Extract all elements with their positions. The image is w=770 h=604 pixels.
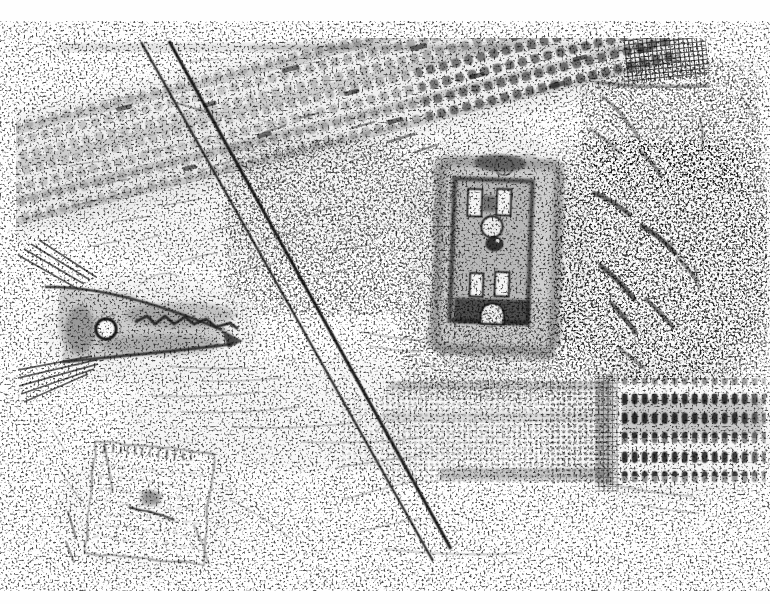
frottage-drawing (0, 0, 770, 604)
artwork-canvas (0, 0, 770, 604)
speckle-field (15, 32, 767, 580)
